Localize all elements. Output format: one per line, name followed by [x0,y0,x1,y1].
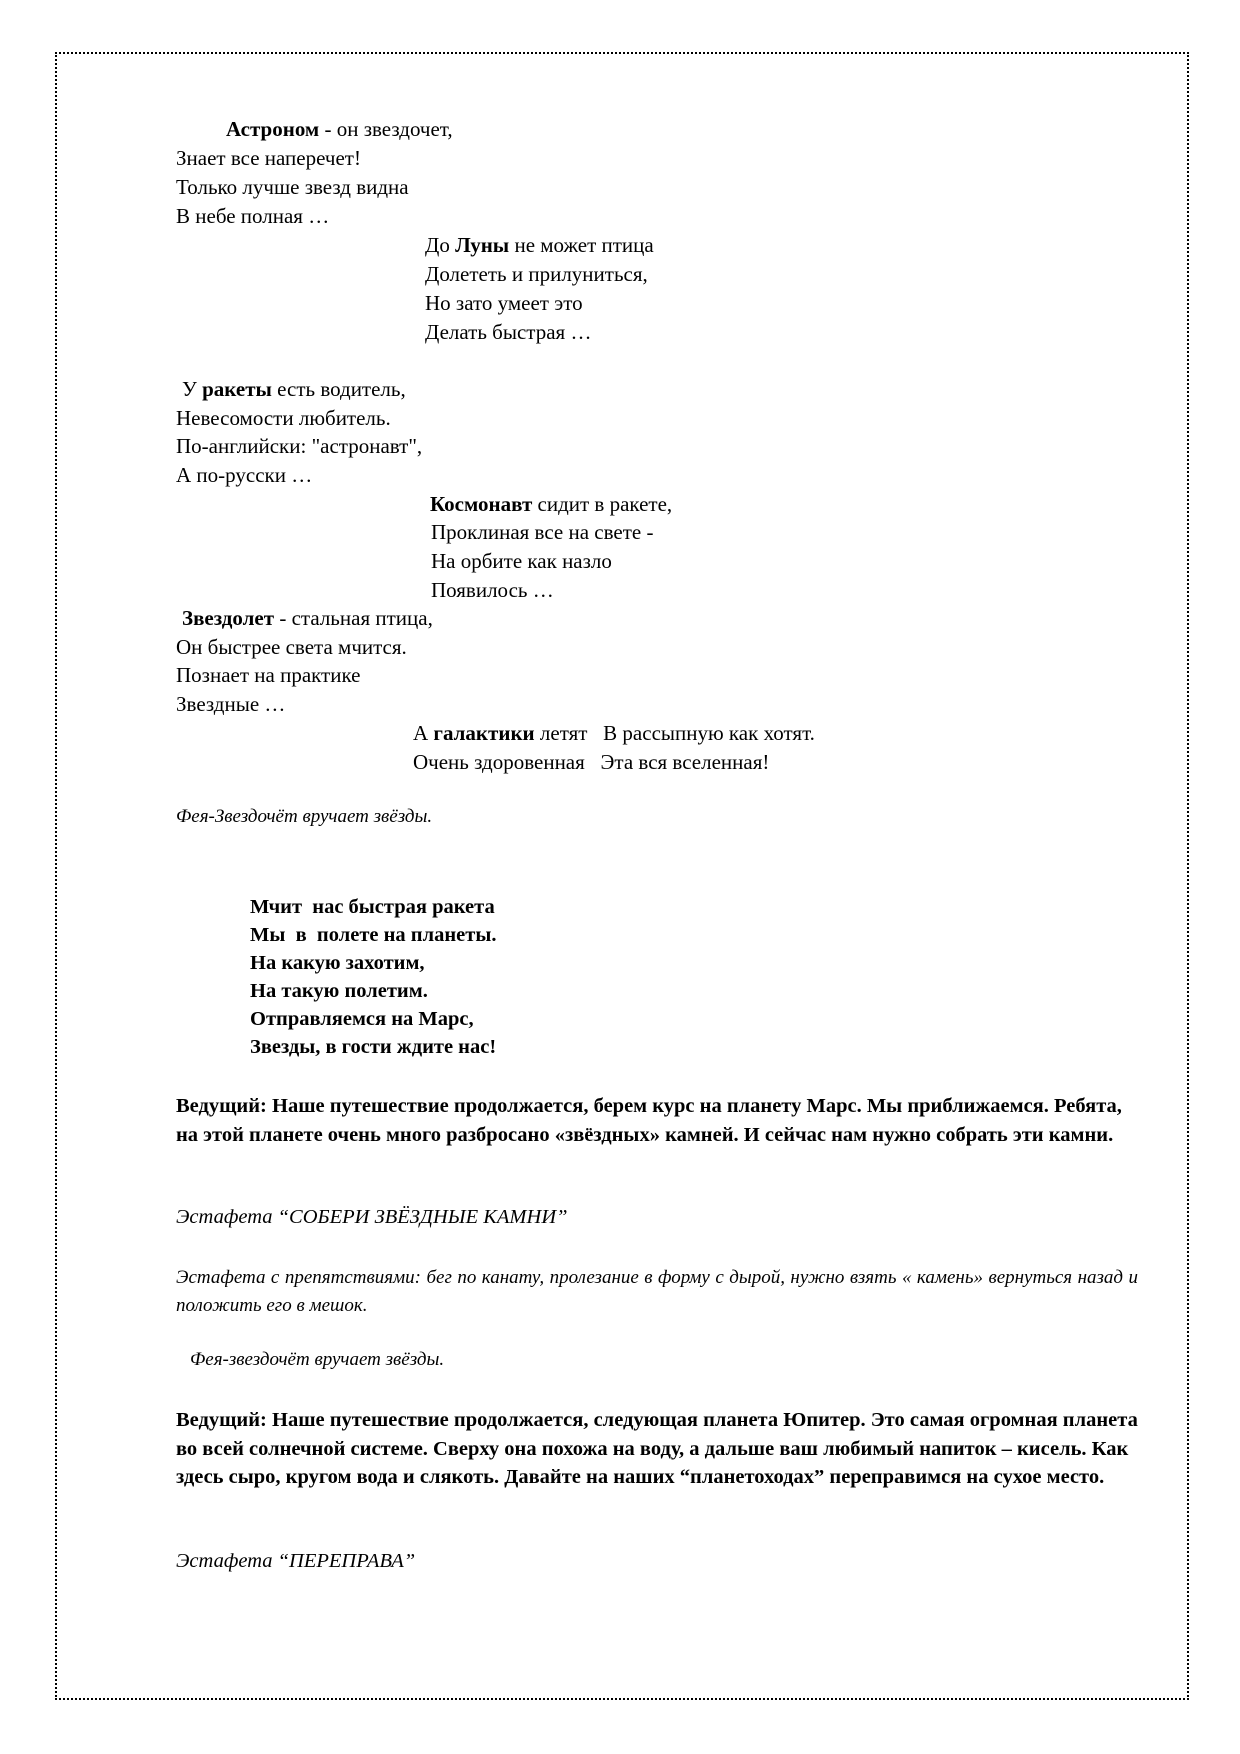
verse-line: Познает на практике [176,662,360,688]
verse-line: В небе полная … [176,203,329,229]
verse-keyword: Луны [455,233,509,257]
verse-line: У ракеты есть водитель, [182,376,406,402]
verse-line: Астроном - он звездочет, [226,116,453,142]
verse-line: Долететь и прилуниться, [425,261,648,287]
verse-text: летят В рассыпную как хотят. [535,721,815,745]
chant-line: Мчит нас быстрая ракета [250,894,495,920]
verse-line: А галактики летят В рассыпную как хотят. [413,720,815,746]
verse-keyword: галактики [433,721,534,745]
verse-keyword: Звездолет [182,606,274,630]
verse-line: Невесомости любитель. [176,405,391,431]
relay-title: Эстафета “ПЕРЕПРАВА” [176,1547,415,1575]
chant-line: Отправляемся на Марс, [250,1006,474,1032]
verse-keyword: ракеты [202,377,272,401]
verse-line: Только лучше звезд видна [176,174,409,200]
verse-line: Космонавт сидит в ракете, [430,491,672,517]
verse-line: Знает все наперечет! [176,145,361,171]
chant-line: На какую захотим, [250,950,425,976]
verse-text: - стальная птица, [274,606,433,630]
stage-direction: Фея-Звездочёт вручает звёзды. [176,803,432,831]
verse-text: А [413,721,433,745]
verse-text: - он звездочет, [319,117,452,141]
relay-description: Эстафета с препятствиями: бег по канату,… [176,1264,1138,1320]
verse-line: На орбите как назло [431,548,612,574]
verse-text: не может птица [509,233,654,257]
verse-line: Делать быстрая … [425,319,591,345]
verse-line: Звездные … [176,691,285,717]
verse-line: Проклиная все на свете - [431,519,653,545]
verse-line: Он быстрее света мчится. [176,634,407,660]
chant-line: Звезды, в гости ждите нас! [250,1034,496,1060]
verse-line: По-английски: "астронавт", [176,433,422,459]
host-speech: Ведущий: Наше путешествие продолжается, … [176,1092,1146,1149]
verse-keyword: Астроном [226,117,319,141]
verse-line: А по-русски … [176,462,312,488]
chant-line: Мы в полете на планеты. [250,922,496,948]
verse-text: У [182,377,202,401]
verse-text: До [425,233,455,257]
chant-line: На такую полетим. [250,978,428,1004]
verse-line: Но зато умеет это [425,290,583,316]
verse-keyword: Космонавт [430,492,532,516]
host-speech: Ведущий: Наше путешествие продолжается, … [176,1406,1146,1492]
verse-line: До Луны не может птица [425,232,654,258]
verse-line: Появилось … [431,577,554,603]
verse-line: Очень здоровенная Эта вся вселенная! [413,749,769,775]
relay-title: Эстафета “СОБЕРИ ЗВЁЗДНЫЕ КАМНИ” [176,1203,568,1231]
verse-text: есть водитель, [272,377,406,401]
verse-line: Звездолет - стальная птица, [182,605,433,631]
stage-direction: Фея-звездочёт вручает звёзды. [190,1346,444,1374]
verse-text: сидит в ракете, [532,492,672,516]
